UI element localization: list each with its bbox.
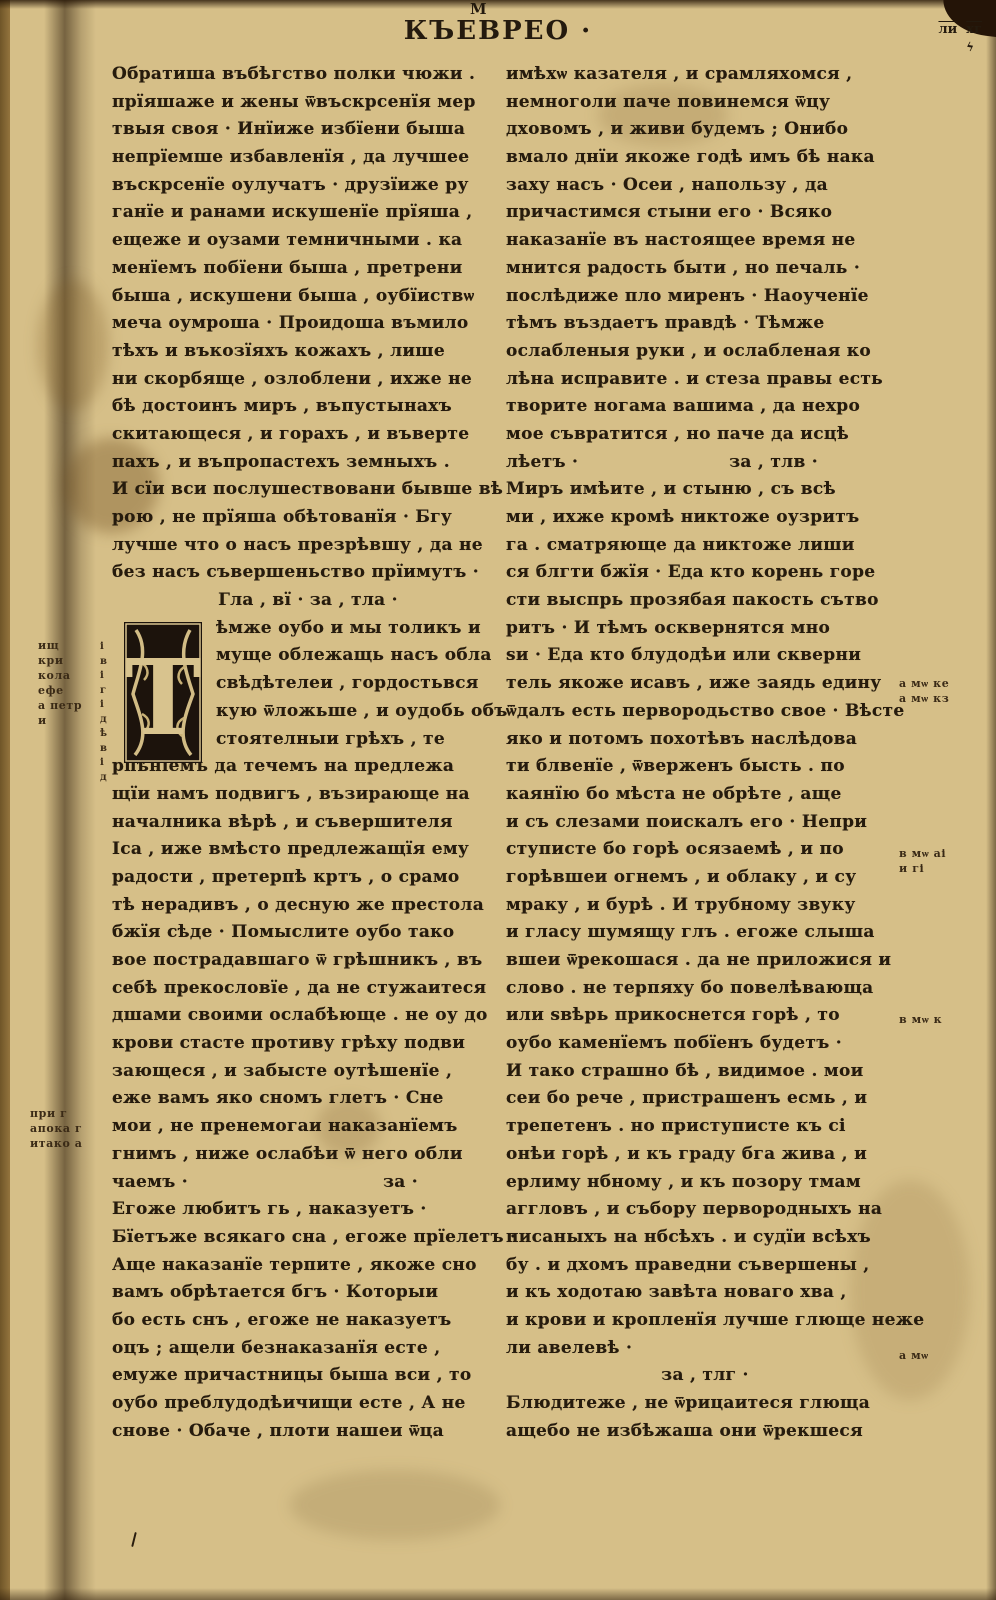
folio-flourish: ϟ: [965, 39, 975, 54]
margin-note-left-references-2: при гапока гитако а: [30, 1106, 83, 1151]
text-line: послѣдиже пло миренъ · Наоученїе: [506, 283, 904, 311]
text-line: и гі: [899, 861, 946, 876]
page-bottom-edge: [0, 1588, 996, 1600]
text-line: ми , ихже кромѣ никтоже оузритъ: [506, 504, 904, 532]
text-line: творите ногама вашима , да нехро: [506, 393, 904, 421]
text-line: за , тлг ·: [506, 1362, 904, 1390]
text-line: Аще наказанїе терпите , якоже сно: [112, 1252, 504, 1280]
text-line: ѣ: [100, 727, 107, 742]
woodcut-initial-T: Т: [124, 622, 202, 763]
text-line: а мѡ: [899, 1348, 929, 1363]
text-line: гнимъ , ниже ослабѣи ѿ него обли: [112, 1141, 504, 1169]
margin-note-right-4: а мѡ: [899, 1348, 929, 1363]
margin-note-right-2: в мѡ аіи гі: [899, 846, 946, 876]
text-line: трепетенъ . но приступисте къ сі: [506, 1113, 904, 1141]
text-line: заху насъ · Осеи , напользу , да: [506, 172, 904, 200]
text-line: Блюдитеже , не ѿрицаитеся глюща: [506, 1390, 904, 1418]
margin-note-left-chapter-numbers: івігідѣвід: [100, 640, 107, 785]
text-line: і: [100, 698, 107, 713]
text-line: а мѡ ке: [899, 676, 949, 691]
text-line: вшеи ѿрекошася . да не приложися и: [506, 947, 904, 975]
text-line: і: [100, 669, 107, 684]
text-line: щїи намъ подвигъ , възирающе на: [112, 781, 504, 809]
text-line: ся блгти бжїя · Еда кто корень горе: [506, 559, 904, 587]
text-line: началника вѣрѣ , и съвершителя: [112, 809, 504, 837]
pericope-mark: за ·: [383, 1169, 418, 1197]
text-line: оубо каменїемъ побїенъ будетъ ·: [506, 1030, 904, 1058]
text-line: рою , не прїяша обѣтованїя · Бгу: [112, 504, 504, 532]
page-left-edge: [0, 0, 10, 1600]
margin-note-right-3: в мѡ к: [899, 1012, 942, 1027]
page-top-edge: [0, 0, 996, 9]
text-line: кри: [38, 653, 82, 668]
text-line: ѿдалъ есть первородьство свое · Вѣсте: [506, 698, 904, 726]
text-line: в мѡ к: [899, 1012, 942, 1027]
text-line: ли авелевѣ ·: [506, 1335, 904, 1363]
text-line: еже вамъ яко сномъ глетъ · Сне: [112, 1085, 504, 1113]
text-line: причастимся стыни его · Всяко: [506, 199, 904, 227]
text-line: вмало днїи якоже годѣ имъ бѣ нака: [506, 144, 904, 172]
text-line: ащебо не избѣжаша они ѿрекшеся: [506, 1418, 904, 1446]
text-line: тѣ нерадивъ , о десную же престола: [112, 892, 504, 920]
text-line: ефе: [38, 683, 82, 698]
text-line: оцъ ; ащели безнаказанїя есте ,: [112, 1335, 504, 1363]
text-line: въскрсенїе оулучатъ · друзїиже ру: [112, 172, 504, 200]
text-line: радости , претерпѣ кртъ , о срамо: [112, 864, 504, 892]
folio-left: ли: [938, 22, 957, 37]
text-line: г: [100, 684, 107, 699]
text-line: а петр: [38, 698, 82, 713]
folio-mark: ли хг: [938, 22, 982, 37]
text-line: И сїи вси послушествовани бывше вѣ: [112, 476, 504, 504]
text-segment: Гла , вї · за , тла ·: [218, 587, 398, 615]
text-line: при г: [30, 1106, 83, 1121]
parchment-stain: [38, 280, 108, 410]
text-line: бжїя сѣде · Помыслите оубо тако: [112, 919, 504, 947]
text-line: ерлиму нбному , и къ позору тмам: [506, 1169, 904, 1197]
text-line: га . сматряюще да никтоже лиши: [506, 532, 904, 560]
text-line: снове · Обаче , плоти нашеи ѿца: [112, 1418, 504, 1446]
text-line: прїяшаже и жены ѿвъскрсенїя мер: [112, 89, 504, 117]
page-right-edge: [986, 0, 996, 1600]
text-line: дховомъ , и живи будемъ ; Онибо: [506, 116, 904, 144]
text-line: тѣхъ и въкозїяхъ кожахъ , лише: [112, 338, 504, 366]
text-line: д: [100, 771, 107, 786]
text-line: ганїе и ранами искушенїе прїяша ,: [112, 199, 504, 227]
text-line: в мѡ аі: [899, 846, 946, 861]
text-line: скитающеся , и горахъ , и въверте: [112, 421, 504, 449]
folio-right: хг: [966, 22, 982, 37]
text-line: Гла , вї · за , тла ·: [112, 587, 504, 615]
text-line: немноголи паче повинемся ѿцу: [506, 89, 904, 117]
text-line: пахъ , и въпропастехъ земныхъ .: [112, 449, 504, 477]
text-segment: чаемъ ·: [112, 1169, 188, 1197]
text-line: вое пострадавшаго ѿ грѣшникъ , въ: [112, 947, 504, 975]
text-line: сеи бо рече , пристрашенъ есмь , и: [506, 1085, 904, 1113]
text-line: тѣмъ въздаетъ правдѣ · Тѣмже: [506, 310, 904, 338]
text-line: Миръ имѣите , и стыню , съ всѣ: [506, 476, 904, 504]
text-line: мои , не пренемогаи наказанїемъ: [112, 1113, 504, 1141]
right-text-column: имѣхѡ казателя , и срамляхомся ,немногол…: [506, 61, 904, 1445]
text-line: бо есть снъ , егоже не наказуетъ: [112, 1307, 504, 1335]
text-line: ритъ · И тѣмъ осквернятся мно: [506, 615, 904, 643]
text-line: мнится радость быти , но печаль ·: [506, 255, 904, 283]
text-line: тель якоже исавъ , иже заядь едину: [506, 670, 904, 698]
text-line: апока г: [30, 1121, 83, 1136]
text-line: зающеся , и забысте оутѣшенїе ,: [112, 1058, 504, 1086]
text-line: наказанїе въ настоящее время не: [506, 227, 904, 255]
text-line: Егоже любитъ гь , наказуетъ ·: [112, 1196, 504, 1224]
text-line: дшами своими ослабѣюще . не оу до: [112, 1002, 504, 1030]
running-title: КЪЕВРЕО ·: [0, 16, 996, 46]
text-line: мое съвратится , но паче да исцѣ: [506, 421, 904, 449]
text-line: или ѕвѣрь прикоснется горѣ , то: [506, 1002, 904, 1030]
text-line: твыя своя · Инїиже избїени быша: [112, 116, 504, 144]
text-line: без насъ съвершеньство прїимутъ ·: [112, 559, 504, 587]
text-line: ѕи · Еда кто блудодѣи или скверни: [506, 642, 904, 670]
text-line: быша , искушени быша , оубїиствѡ: [112, 283, 504, 311]
text-line: емуже причастницы быша вси , то: [112, 1362, 504, 1390]
text-line: итако а: [30, 1136, 83, 1151]
text-line: лѣетъ ·за , тлв ·: [506, 449, 904, 477]
text-line: горѣвшеи огнемъ , и облаку , и су: [506, 864, 904, 892]
text-line: и: [38, 713, 82, 728]
text-line: крови стасте противу грѣху подви: [112, 1030, 504, 1058]
text-line: ищ: [38, 638, 82, 653]
text-line: и съ слезами поискалъ его · Непри: [506, 809, 904, 837]
text-line: менїемъ побїени быша , претрени: [112, 255, 504, 283]
text-line: и къ ходотаю завѣта новаго хва ,: [506, 1279, 904, 1307]
text-line: и гласу шумящу глъ . егоже слыша: [506, 919, 904, 947]
text-line: в: [100, 655, 107, 670]
pericope-mark: за , тлв ·: [729, 449, 818, 477]
text-line: себѣ прекословїе , да не стужаитеся: [112, 975, 504, 1003]
text-line: писаныхъ на нбсѣхъ . и судїи всѣхъ: [506, 1224, 904, 1252]
text-line: а мѡ кз: [899, 691, 949, 706]
margin-note-left-references: ищкриколаефеа петри: [38, 638, 82, 728]
text-line: ступисте бо горѣ осязаемѣ , и по: [506, 836, 904, 864]
text-line: д: [100, 713, 107, 728]
text-line: кола: [38, 668, 82, 683]
text-line: і: [100, 640, 107, 655]
text-line: ни скорбяще , озлоблени , ихже не: [112, 366, 504, 394]
text-line: меча оумроша · Проидоша въмило: [112, 310, 504, 338]
text-line: бу . и дхомъ праведни съвершены ,: [506, 1252, 904, 1280]
text-line: Обратиша въбѣгство полки чюжи .: [112, 61, 504, 89]
text-line: непрїемше избавленїя , да лучшее: [112, 144, 504, 172]
text-line: в: [100, 742, 107, 757]
text-line: ослабленыя руки , и ослабленая ко: [506, 338, 904, 366]
text-line: яко и потомъ похотѣвъ наслѣдова: [506, 726, 904, 754]
text-segment: за , тлг ·: [661, 1362, 748, 1390]
text-line: оубо преблудодѣичищи есте , А не: [112, 1390, 504, 1418]
text-line: вамъ обрѣтается бгъ · Которыи: [112, 1279, 504, 1307]
text-line: и крови и кропленїя лучше глюще неже: [506, 1307, 904, 1335]
text-line: бѣ достоинъ миръ , въпустынахъ: [112, 393, 504, 421]
text-line: слово . не терпяху бо повелѣвающа: [506, 975, 904, 1003]
text-line: лучше что о насъ презрѣвшу , да не: [112, 532, 504, 560]
text-line: мраку , и бурѣ . И трубному звуку: [506, 892, 904, 920]
parchment-stain: [290, 1470, 500, 1540]
text-line: ти блвенїе , ѿверженъ бысть . по: [506, 753, 904, 781]
text-line: онѣи горѣ , и къ граду бга жива , и: [506, 1141, 904, 1169]
text-segment: лѣетъ ·: [506, 449, 578, 477]
text-line: ещеже и оузами темничными . ка: [112, 227, 504, 255]
drop-cap-letter: Т: [124, 636, 201, 759]
text-line: Бїетъже всякаго сна , егоже прїелетъ ·: [112, 1224, 504, 1252]
margin-note-right-1: а мѡ кеа мѡ кз: [899, 676, 949, 706]
text-line: И тако страшно бѣ , видимое . мои: [506, 1058, 904, 1086]
text-line: имѣхѡ казателя , и срамляхомся ,: [506, 61, 904, 89]
text-line: каянїю бо мѣста не обрѣте , аще: [506, 781, 904, 809]
text-line: Іса , иже вмѣсто предлежащїя ему: [112, 836, 504, 864]
text-line: лѣна исправите . и стеза правы есть: [506, 366, 904, 394]
book-page-scan: М КЪЕВРЕО · ли хг ϟ Обратиша въбѣгство п…: [0, 0, 996, 1600]
text-line: сти выспрь прозябая пакость сътво: [506, 587, 904, 615]
binding-gutter-shadow: [44, 0, 96, 1600]
text-line: і: [100, 756, 107, 771]
stray-ink-mark: [131, 1532, 137, 1547]
text-line: чаемъ ·за ·: [112, 1169, 504, 1197]
text-line: аггловъ , и събору первородныхъ на: [506, 1196, 904, 1224]
